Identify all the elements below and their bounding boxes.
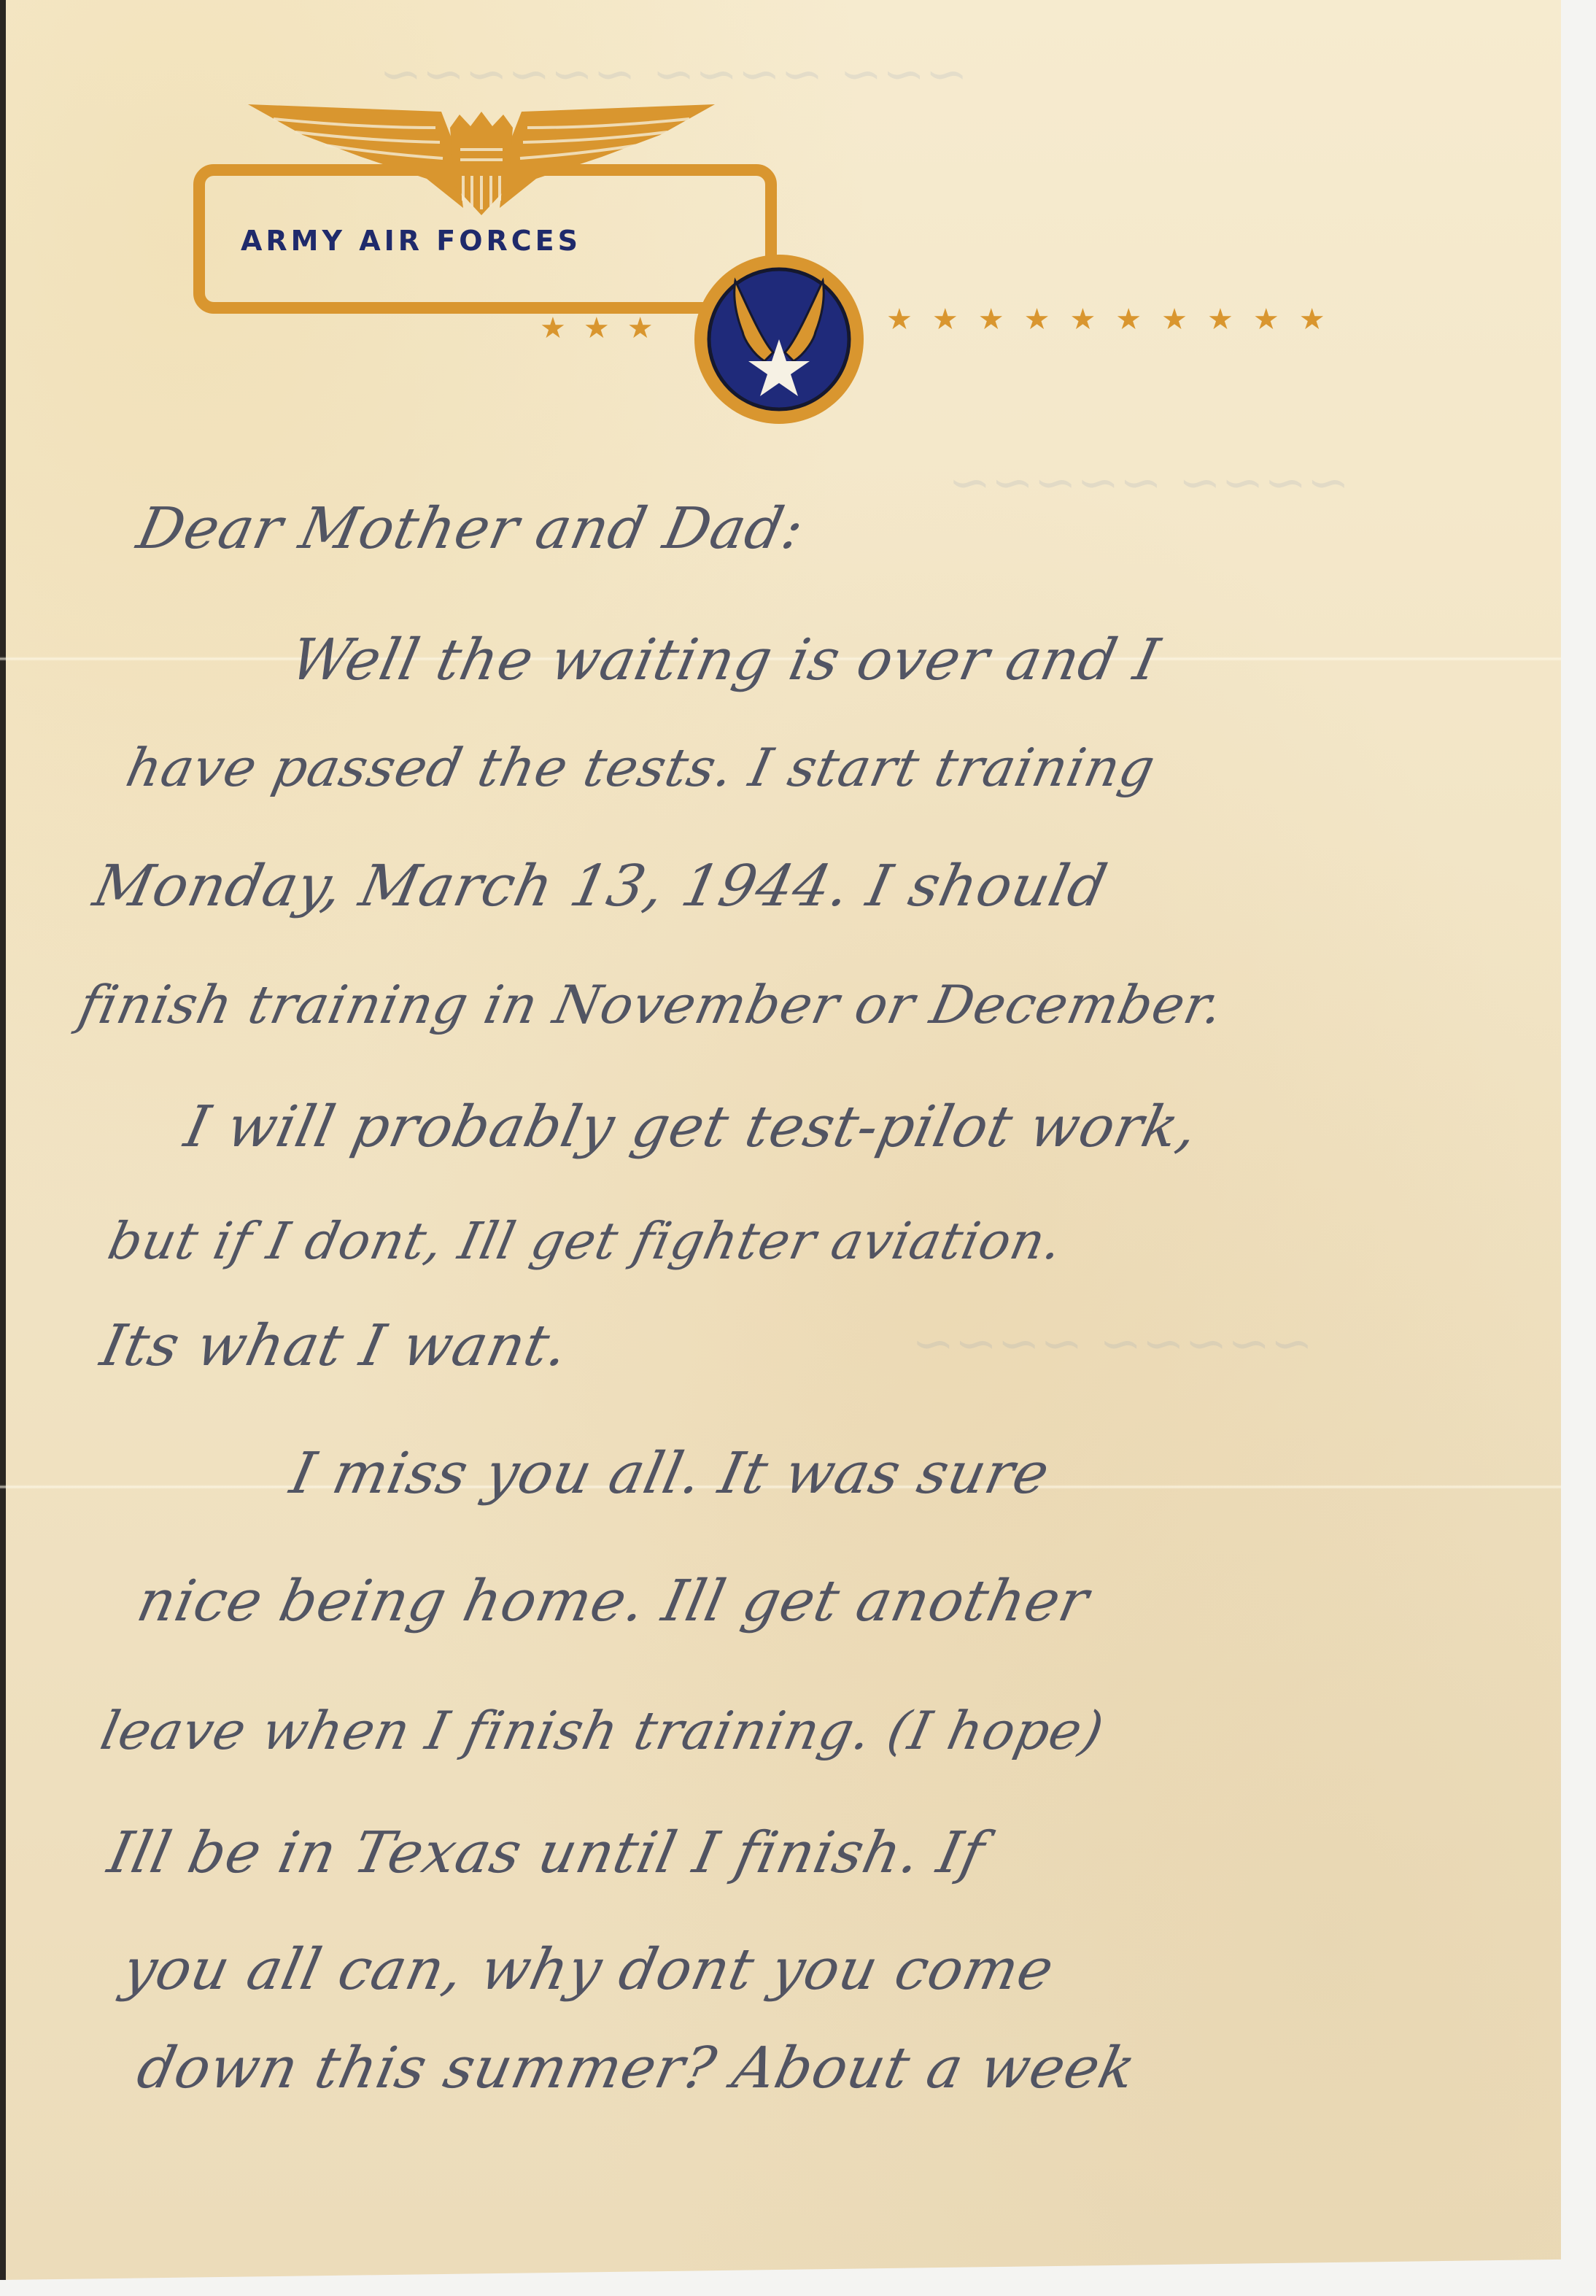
handwritten-letter: Dear Mother and Dad: Well the waiting is…	[0, 0, 1561, 2280]
letter-line: I will probably get test-pilot work,	[179, 1094, 1204, 1160]
letter-line: you all can, why dont you come	[117, 1937, 1059, 2003]
letter-line: Ill be in Texas until I finish. If	[102, 1820, 991, 1886]
letter-line: leave when I finish training. (I hope)	[96, 1700, 1109, 1761]
letter-line: but if I dont, Ill get fighter aviation.	[103, 1211, 1068, 1271]
letter-line: have passed the tests. I start training	[121, 737, 1161, 798]
salutation: Dear Mother and Dad:	[131, 496, 810, 562]
letter-line: nice being home. Ill get another	[131, 1569, 1094, 1634]
letter-line: Well the waiting is over and I	[284, 627, 1165, 693]
letter-line: Monday, March 13, 1944. I should	[88, 854, 1112, 919]
letter-line: finish training in November or December.	[74, 974, 1229, 1035]
letter-line: Its what I want.	[95, 1313, 574, 1379]
letter-line: down this summer? About a week	[131, 2036, 1142, 2101]
letter-line: I miss you all. It was sure	[284, 1441, 1055, 1507]
